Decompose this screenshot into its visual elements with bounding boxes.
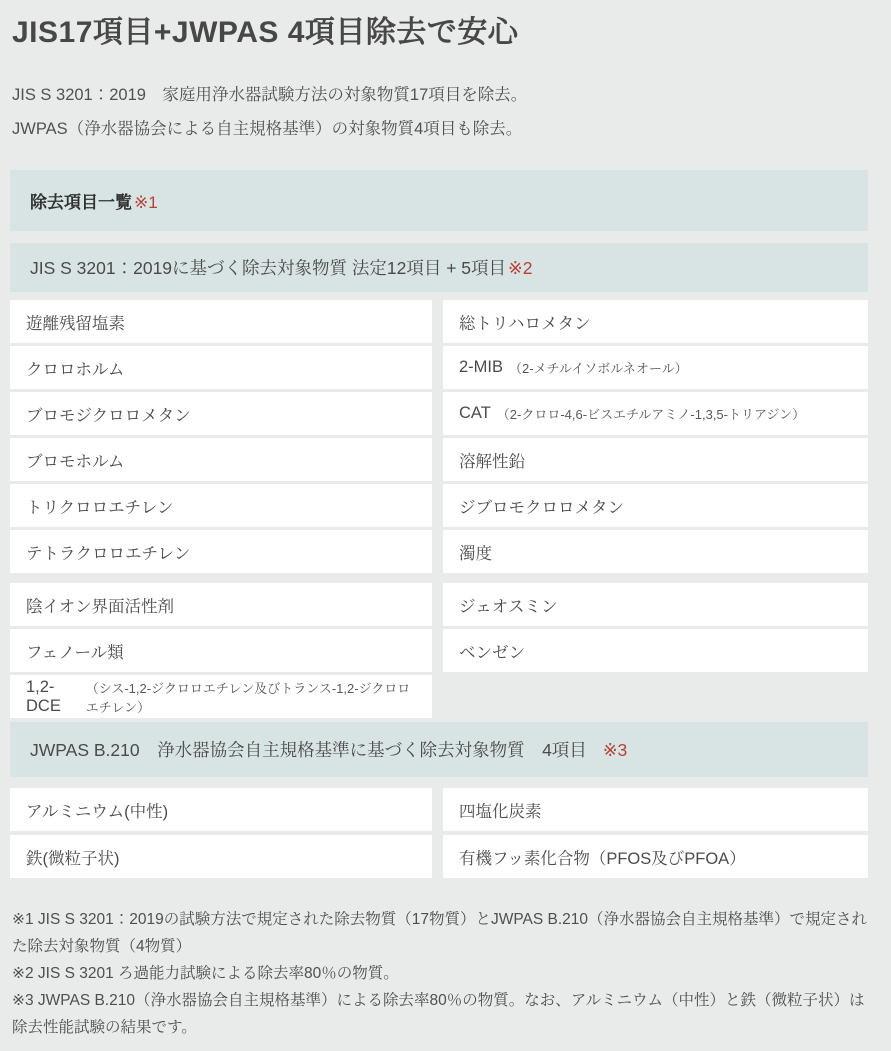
table-cell: 総トリハロメタン: [443, 300, 868, 343]
substance-name: 鉄(微粒子状): [26, 845, 120, 869]
substance-name: ベンゼン: [459, 639, 525, 663]
substance-name: フェノール類: [26, 639, 124, 663]
table-cell: アルミニウム(中性): [10, 788, 432, 831]
intro-line-1: JIS S 3201：2019 家庭用浄水器試験方法の対象物質17項目を除去。: [12, 78, 868, 112]
table-cell: クロロホルム: [10, 346, 432, 389]
table-cell: テトラクロロエチレン: [10, 530, 432, 573]
substance-name: クロロホルム: [26, 356, 124, 380]
substance-detail: （2-メチルイソボルネオール）: [509, 358, 688, 377]
table-cell: ベンゼン: [443, 629, 868, 672]
table-cell: 四塩化炭素: [443, 788, 868, 831]
substance-detail: （シス-1,2-ジクロロエチレン及びトランス-1,2-ジクロロエチレン）: [86, 678, 416, 716]
substance-name: 陰イオン界面活性剤: [26, 593, 174, 617]
substance-name: ブロモホルム: [26, 448, 124, 472]
footnote-ref-1: ※1: [134, 193, 158, 212]
table-cell: 溶解性鉛: [443, 438, 868, 481]
table-cell: ブロモホルム: [10, 438, 432, 481]
table-cell: 有機フッ素化合物（PFOS及びPFOA）: [443, 835, 868, 878]
footnote-ref-2: ※2: [508, 258, 532, 278]
page: JIS17項目+JWPAS 4項目除去で安心 JIS S 3201：2019 家…: [10, 12, 868, 1051]
section-header-removal-list: 除去項目一覧※1: [10, 170, 868, 231]
footnote-3: ※3 JWPAS B.210（浄水器協会自主規格基準）による除去率80％の物質。…: [12, 987, 868, 1041]
footnote-ref-3: ※3: [603, 740, 627, 760]
substance-name: 四塩化炭素: [459, 798, 542, 822]
table-cell: CAT（2-クロロ-4,6-ビスエチルアミノ-1,3,5-トリアジン）: [443, 392, 868, 435]
footnotes: ※1 JIS S 3201：2019の試験方法で規定された除去物質（17物質）と…: [10, 906, 868, 1041]
table-cell: 2-MIB（2-メチルイソボルネオール）: [443, 346, 868, 389]
substance-name: 濁度: [459, 540, 492, 564]
section-header-removal-list-label: 除去項目一覧: [30, 193, 132, 212]
empty-cell: [443, 675, 868, 718]
substance-name: ジブロモクロロメタン: [459, 494, 624, 518]
table-cell: ジェオスミン: [443, 583, 868, 626]
substance-name: テトラクロロエチレン: [26, 540, 190, 564]
substance-name: ブロモジクロロメタン: [26, 402, 191, 426]
page-title: JIS17項目+JWPAS 4項目除去で安心: [12, 12, 868, 54]
table-cell: ジブロモクロロメタン: [443, 484, 868, 527]
substance-name: 総トリハロメタン: [459, 310, 591, 334]
jis-table-group-legal12: 遊離残留塩素 総トリハロメタン クロロホルム 2-MIB（2-メチルイソボルネオ…: [10, 300, 868, 573]
table-cell: 鉄(微粒子状): [10, 835, 432, 878]
substance-name: 2-MIB: [459, 358, 503, 377]
table-cell: 遊離残留塩素: [10, 300, 432, 343]
table-cell: フェノール類: [10, 629, 432, 672]
table-cell: 1,2-DCE（シス-1,2-ジクロロエチレン及びトランス-1,2-ジクロロエチ…: [10, 675, 432, 718]
section-header-jwpas-label: JWPAS B.210 浄水器協会自主規格基準に基づく除去対象物質 4項目: [30, 740, 587, 760]
substance-name: 溶解性鉛: [459, 448, 525, 472]
footnote-2: ※2 JIS S 3201 ろ過能力試験による除去率80％の物質。: [12, 960, 868, 987]
intro-block: JIS S 3201：2019 家庭用浄水器試験方法の対象物質17項目を除去。 …: [10, 78, 868, 146]
intro-line-2: JWPAS（浄水器協会による自主規格基準）の対象物質4項目も除去。: [12, 112, 868, 146]
substance-name: トリクロロエチレン: [26, 494, 173, 518]
table-cell: 陰イオン界面活性剤: [10, 583, 432, 626]
table-cell: トリクロロエチレン: [10, 484, 432, 527]
section-header-jis-label: JIS S 3201：2019に基づく除去対象物質 法定12項目 + 5項目: [30, 258, 506, 278]
substance-name: 遊離残留塩素: [26, 310, 125, 334]
jwpas-table: アルミニウム(中性) 四塩化炭素 鉄(微粒子状) 有機フッ素化合物（PFOS及び…: [10, 788, 868, 878]
substance-name: 有機フッ素化合物（PFOS及びPFOA）: [459, 845, 746, 869]
section-header-jwpas: JWPAS B.210 浄水器協会自主規格基準に基づく除去対象物質 4項目※3: [10, 722, 868, 777]
substance-name: ジェオスミン: [459, 593, 558, 617]
substance-detail: （2-クロロ-4,6-ビスエチルアミノ-1,3,5-トリアジン）: [497, 404, 805, 423]
table-cell: ブロモジクロロメタン: [10, 392, 432, 435]
footnote-1: ※1 JIS S 3201：2019の試験方法で規定された除去物質（17物質）と…: [12, 906, 868, 960]
substance-name: 1,2-DCE: [26, 678, 80, 716]
substance-name: アルミニウム(中性): [26, 798, 168, 822]
substance-name: CAT: [459, 404, 491, 423]
table-cell: 濁度: [443, 530, 868, 573]
jis-table-group-plus5: 陰イオン界面活性剤 ジェオスミン フェノール類 ベンゼン 1,2-DCE（シス-…: [10, 583, 868, 718]
section-header-jis: JIS S 3201：2019に基づく除去対象物質 法定12項目 + 5項目※2: [10, 243, 868, 292]
